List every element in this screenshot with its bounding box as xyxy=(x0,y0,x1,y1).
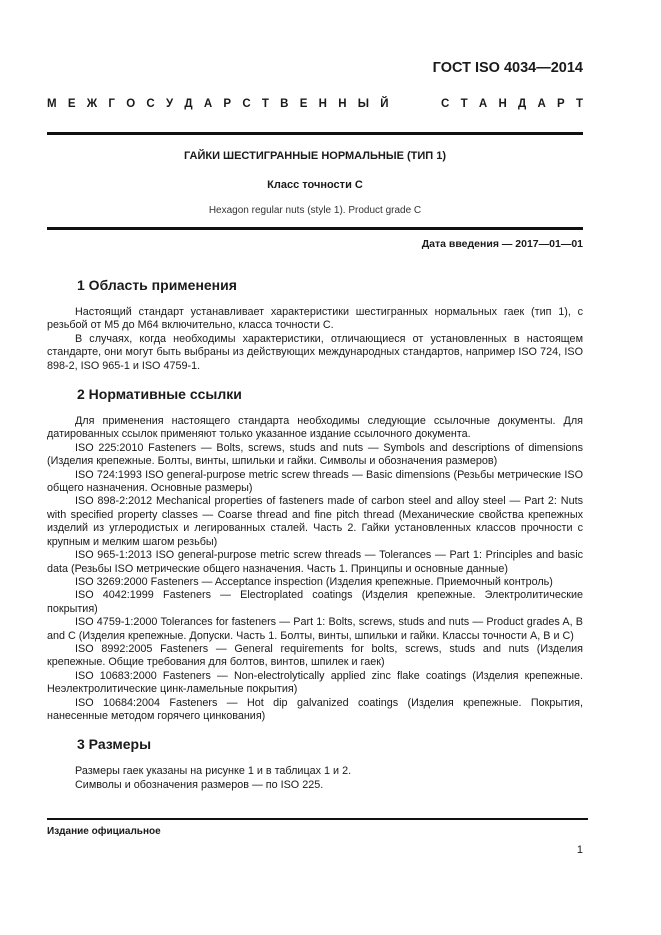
document-subtitle: Класс точности С xyxy=(47,179,583,191)
banner-letter: С xyxy=(441,98,449,110)
banner-letter: Г xyxy=(108,98,115,110)
section-scope: 1 Область применения Настоящий стандарт … xyxy=(47,276,583,373)
banner-letter: С xyxy=(242,98,250,110)
banner-letter: А xyxy=(204,98,212,110)
section-dimensions: 3 Размеры Размеры гаек указаны на рисунк… xyxy=(47,735,583,792)
reference-item: ISO 4759-1:2000 Tolerances for fasteners… xyxy=(47,616,583,643)
banner-letter: Ж xyxy=(87,98,97,110)
banner-letter: Н xyxy=(498,98,506,110)
reference-item: ISO 3269:2000 Fasteners — Acceptance ins… xyxy=(47,576,583,589)
banner-letter: О xyxy=(126,98,135,110)
document-code: ГОСТ ISO 4034—2014 xyxy=(380,60,583,76)
official-edition-label: Издание официальное xyxy=(47,826,161,837)
reference-item: ISO 225:2010 Fasteners — Bolts, screws, … xyxy=(47,442,583,469)
section-heading: 3 Размеры xyxy=(77,735,583,753)
banner-letter: Т xyxy=(461,98,468,110)
paragraph: Размеры гаек указаны на рисунке 1 и в та… xyxy=(75,765,583,778)
banner-gap xyxy=(400,98,430,110)
document-title: ГАЙКИ ШЕСТИГРАННЫЕ НОРМАЛЬНЫЕ (ТИП 1) xyxy=(47,150,583,162)
interstate-standard-banner: МЕЖГОСУДАРСТВЕННЫЙСТАНДАРТ xyxy=(47,98,583,110)
title-rule xyxy=(47,227,583,230)
banner-letter: Й xyxy=(380,98,388,110)
reference-item: ISO 965-1:2013 ISO general-purpose metri… xyxy=(47,549,583,576)
paragraph: Символы и обозначения размеров — по ISO … xyxy=(75,779,583,792)
document-page: ГОСТ ISO 4034—2014 МЕЖГОСУДАРСТВЕННЫЙСТА… xyxy=(0,0,661,935)
page-number: 1 xyxy=(560,844,583,856)
reference-item: ISO 724:1993 ISO general-purpose metric … xyxy=(47,469,583,496)
banner-letter: Д xyxy=(184,98,192,110)
banner-letter: С xyxy=(146,98,154,110)
paragraph: Настоящий стандарт устанавливает характе… xyxy=(47,306,583,333)
reference-item: ISO 8992:2005 Fasteners — General requir… xyxy=(47,643,583,670)
reference-item: ISO 898-2:2012 Mechanical properties of … xyxy=(47,495,583,549)
reference-item: ISO 4042:1999 Fasteners — Electroplated … xyxy=(47,589,583,616)
banner-letter: Р xyxy=(557,98,565,110)
section-heading: 2 Нормативные ссылки xyxy=(77,385,583,403)
banner-letter: У xyxy=(166,98,173,110)
banner-letter: Е xyxy=(68,98,76,110)
footer-rule xyxy=(47,818,588,820)
paragraph: Для применения настоящего стандарта необ… xyxy=(47,415,583,442)
banner-letter: А xyxy=(537,98,545,110)
section-normative-references: 2 Нормативные ссылки Для применения наст… xyxy=(47,385,583,723)
banner-letter: Т xyxy=(262,98,269,110)
reference-item: ISO 10683:2000 Fasteners — Non-electroly… xyxy=(47,670,583,697)
introduction-date: Дата введения — 2017—01—01 xyxy=(300,238,583,250)
english-title: Hexagon regular nuts (style 1). Product … xyxy=(47,205,583,216)
paragraph: В случаях, когда необходимы характеристи… xyxy=(47,333,583,373)
banner-letter: М xyxy=(47,98,57,110)
banner-letter: Н xyxy=(319,98,327,110)
banner-letter: Н xyxy=(338,98,346,110)
reference-item: ISO 10684:2004 Fasteners — Hot dip galva… xyxy=(47,697,583,724)
banner-letter: Д xyxy=(518,98,526,110)
banner-letter: Р xyxy=(223,98,231,110)
document-body: 1 Область применения Настоящий стандарт … xyxy=(47,276,583,804)
banner-letter: Е xyxy=(300,98,308,110)
banner-letter: А xyxy=(479,98,487,110)
banner-letter: В xyxy=(280,98,288,110)
section-heading: 1 Область применения xyxy=(77,276,583,294)
banner-letter: Ы xyxy=(358,98,369,110)
banner-letter: Т xyxy=(576,98,583,110)
header-rule xyxy=(47,132,583,135)
